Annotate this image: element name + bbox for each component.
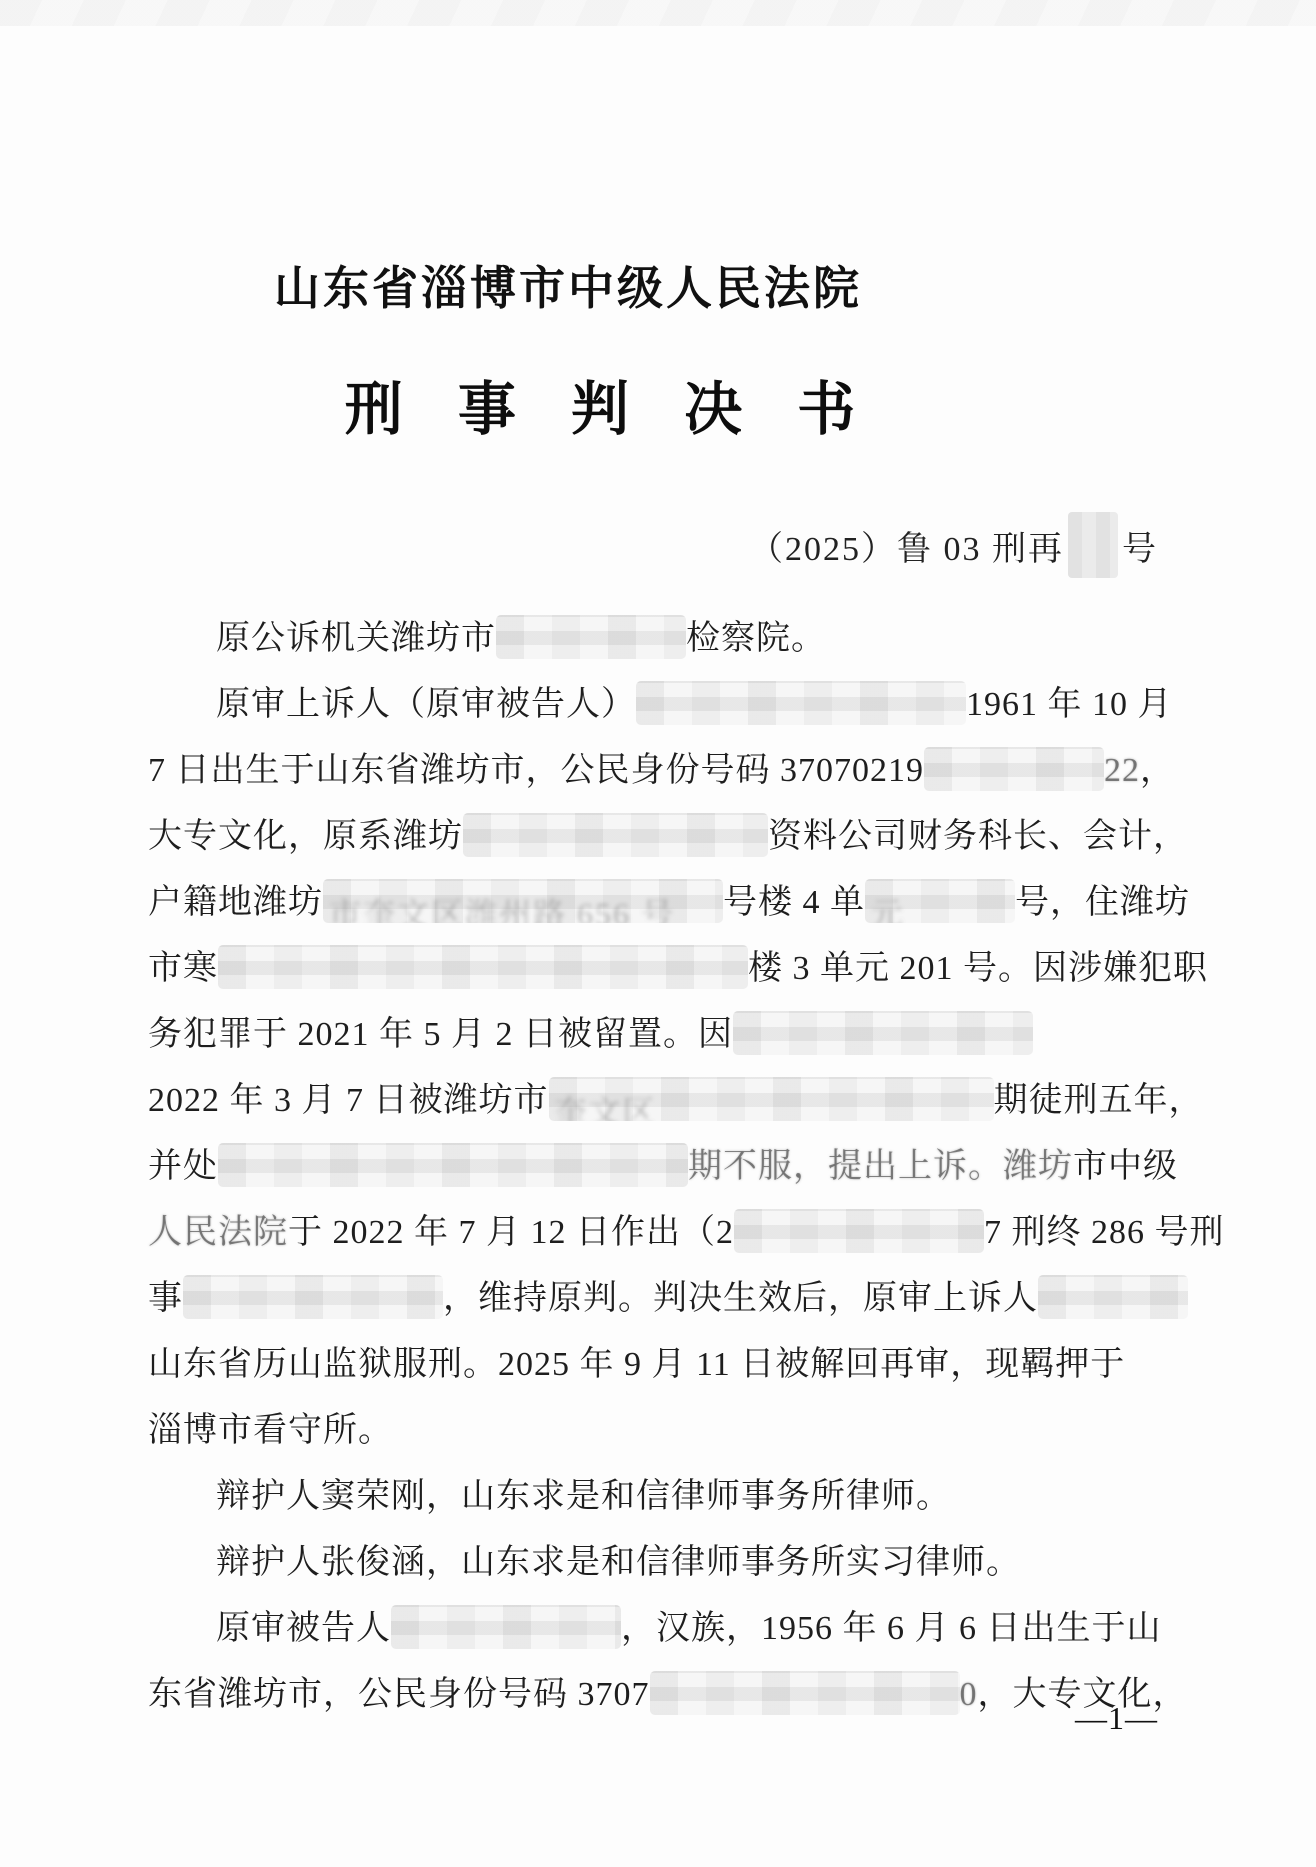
redaction-block — [391, 1605, 621, 1649]
body-line: 大专文化，原系潍坊资料公司财务科长、会计， — [148, 804, 1178, 870]
body-text-segment: 7 日出生于山东省潍坊市，公民身份号码 37070219 — [148, 752, 924, 789]
body-line: 辩护人窦荣刚，山东求是和信律师事务所律师。 — [148, 1464, 1178, 1530]
scan-artifact-strip — [0, 0, 1316, 26]
redacted-faint-text: 奎文区 — [555, 1079, 657, 1121]
redaction-block — [218, 945, 748, 989]
redaction-block: 元 — [865, 879, 1015, 923]
body-text-segment: 事 — [148, 1280, 183, 1317]
redaction-block — [1068, 512, 1118, 578]
body-text-segment: 期徒刑五年， — [994, 1082, 1204, 1119]
body-text-segment: 22 — [1104, 752, 1140, 789]
case-number-prefix: （2025）鲁 03 刑再 — [749, 531, 1064, 568]
redacted-faint-text: 市奎文区潍州路 656 号 — [329, 881, 675, 923]
body-text-segment: 期不服，提出上诉。潍坊 — [688, 1148, 1073, 1185]
body-line: 山东省历山监狱服刑。2025 年 9 月 11 日被解回再审，现羁押于 — [148, 1332, 1178, 1398]
body-text-segment: 原审上诉人（原审被告人） — [216, 686, 636, 723]
body-text-segment: 并处 — [148, 1148, 218, 1185]
body-line: 东省潍坊市，公民身份号码 37070，大专文化， — [148, 1662, 1178, 1728]
body-text-segment: 山东省历山监狱服刑。2025 年 9 月 11 日被解回再审，现羁押于 — [148, 1346, 1125, 1383]
body-text-segment: 大专文化，原系潍坊 — [148, 818, 463, 855]
body-text-segment: 务犯罪于 2021 年 5 月 2 日被留置。因 — [148, 1016, 733, 1053]
redaction-block — [924, 747, 1104, 791]
body-line: 务犯罪于 2021 年 5 月 2 日被留置。因 — [148, 1002, 1178, 1068]
body-text-segment: 市中级 — [1073, 1148, 1178, 1185]
redacted-faint-text: 元 — [871, 881, 905, 923]
redaction-block — [496, 615, 686, 659]
body-text-segment: 原审被告人 — [216, 1610, 391, 1647]
document-type-title: 刑事判决书 — [0, 362, 1200, 446]
redaction-block — [218, 1143, 688, 1187]
redaction-block — [733, 1011, 1033, 1055]
body-text-segment: 东省潍坊市，公民身份号码 3707 — [148, 1676, 650, 1713]
body-text-segment: 于 2022 年 7 月 12 日作出（2 — [288, 1214, 734, 1251]
body-text-segment: 淄博市看守所。 — [148, 1412, 393, 1449]
court-name-title: 山东省淄博市中级人民法院 — [0, 252, 1136, 318]
body-line: 人民法院于 2022 年 7 月 12 日作出（27 刑终 286 号刑 — [148, 1200, 1178, 1266]
redaction-block: 市奎文区潍州路 656 号 — [323, 879, 723, 923]
body-text-segment: 原公诉机关潍坊市 — [216, 620, 496, 657]
body-text-segment: ，维持原判。判决生效后，原审上诉人 — [443, 1280, 1038, 1317]
body-line: 辩护人张俊涵，山东求是和信律师事务所实习律师。 — [148, 1530, 1178, 1596]
body-text-segment: ， — [1140, 752, 1175, 789]
judgment-document-page: 山东省淄博市中级人民法院 刑事判决书 （2025）鲁 03 刑再号 原公诉机关潍… — [0, 0, 1316, 1867]
body-line: 7 日出生于山东省潍坊市，公民身份号码 3707021922， — [148, 738, 1178, 804]
body-line: 市寒楼 3 单元 201 号。因涉嫌犯职 — [148, 936, 1178, 1002]
body-text-segment: 楼 3 单元 201 号。因涉嫌犯职 — [748, 950, 1208, 987]
body-line: 原审上诉人（原审被告人）1961 年 10 月 — [148, 672, 1178, 738]
body-text-segment: 号楼 4 单 — [723, 884, 865, 921]
body-text-segment: 市寒 — [148, 950, 218, 987]
redaction-block — [183, 1275, 443, 1319]
body-line: 2022 年 3 月 7 日被潍坊市奎文区期徒刑五年， — [148, 1068, 1178, 1134]
redaction-block — [636, 681, 966, 725]
body-text-segment: 辩护人窦荣刚，山东求是和信律师事务所律师。 — [216, 1478, 951, 1515]
body-line: 淄博市看守所。 — [148, 1398, 1178, 1464]
redaction-block — [734, 1209, 984, 1253]
body-text-segment: 2022 年 3 月 7 日被潍坊市 — [148, 1082, 549, 1119]
body-line: 原审被告人，汉族，1956 年 6 月 6 日出生于山 — [148, 1596, 1178, 1662]
body-line: 原公诉机关潍坊市检察院。 — [148, 606, 1178, 672]
case-number-suffix: 号 — [1122, 531, 1158, 568]
body-text-segment: 0 — [960, 1676, 978, 1713]
redaction-block — [650, 1671, 960, 1715]
body-text-segment: 户籍地潍坊 — [148, 884, 323, 921]
body-text-segment: 人民法院 — [148, 1214, 288, 1251]
redaction-block: 奎文区 — [549, 1077, 994, 1121]
body-line: 户籍地潍坊市奎文区潍州路 656 号号楼 4 单元号，住潍坊 — [148, 870, 1178, 936]
page-number: —1— — [1075, 1700, 1158, 1737]
body-line: 事，维持原判。判决生效后，原审上诉人 — [148, 1266, 1178, 1332]
redaction-block — [1038, 1275, 1188, 1319]
body-line: 并处期不服，提出上诉。潍坊市中级 — [148, 1134, 1178, 1200]
body-text-segment: 资料公司财务科长、会计， — [768, 818, 1188, 855]
body-text-segment: 检察院。 — [686, 620, 826, 657]
case-number-line: （2025）鲁 03 刑再号 — [749, 512, 1158, 578]
body-text-segment: ，汉族，1956 年 6 月 6 日出生于山 — [621, 1610, 1162, 1647]
body-text-segment: 1961 年 10 月 — [966, 686, 1173, 723]
document-body: 原公诉机关潍坊市检察院。原审上诉人（原审被告人）1961 年 10 月7 日出生… — [148, 606, 1178, 1728]
redaction-block — [463, 813, 768, 857]
body-text-segment: 辩护人张俊涵，山东求是和信律师事务所实习律师。 — [216, 1544, 1021, 1581]
body-text-segment: 7 刑终 286 号刑 — [984, 1214, 1225, 1251]
body-text-segment: 号，住潍坊 — [1015, 884, 1190, 921]
